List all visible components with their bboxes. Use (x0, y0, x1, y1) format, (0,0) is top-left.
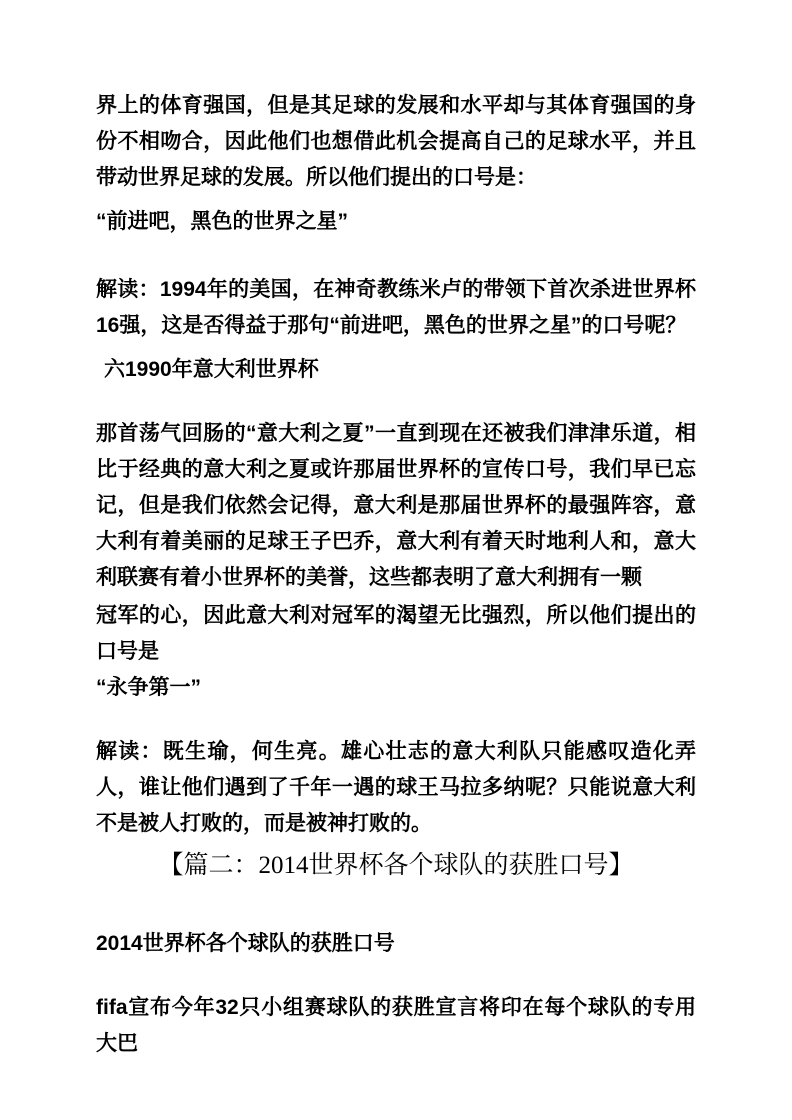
subheading-1990-italy-world-cup: 六1990年意大利世界杯 (96, 352, 696, 388)
slogan-quote-usa: “前进吧，黑色的世界之星” (96, 204, 696, 240)
slogan-quote-italy: “永争第一” (96, 670, 696, 706)
paragraph-fifa-announcement: fifa宣布今年32只小组赛球队的获胜宣言将印在每个球队的专用大巴 (96, 990, 696, 1062)
paragraph-usa-intro: 界上的体育强国，但是其足球的发展和水平却与其体育强国的身份不相吻合，因此他们也想… (96, 88, 696, 196)
section-2-heading: 【篇二：2014世界杯各个球队的获胜口号】 (96, 842, 696, 890)
paragraph-italy-champion-heart: 冠军的心，因此意大利对冠军的渴望无比强烈，所以他们提出的口号是 (96, 598, 696, 670)
interpretation-usa-1994: 解读：1994年的美国，在神奇教练米卢的带领下首次杀进世界杯16强，这是否得益于… (96, 272, 696, 344)
paragraph-italy-summer: 那首荡气回肠的“意大利之夏”一直到现在还被我们津津乐道，相比于经典的意大利之夏或… (96, 416, 696, 596)
section-2-subtitle: 2014世界杯各个球队的获胜口号 (96, 926, 696, 962)
interpretation-italy: 解读：既生瑜，何生亮。雄心壮志的意大利队只能感叹造化弄人，谁让他们遇到了千年一遇… (96, 734, 696, 842)
document-page: 界上的体育强国，但是其足球的发展和水平却与其体育强国的身份不相吻合，因此他们也想… (0, 0, 792, 1120)
